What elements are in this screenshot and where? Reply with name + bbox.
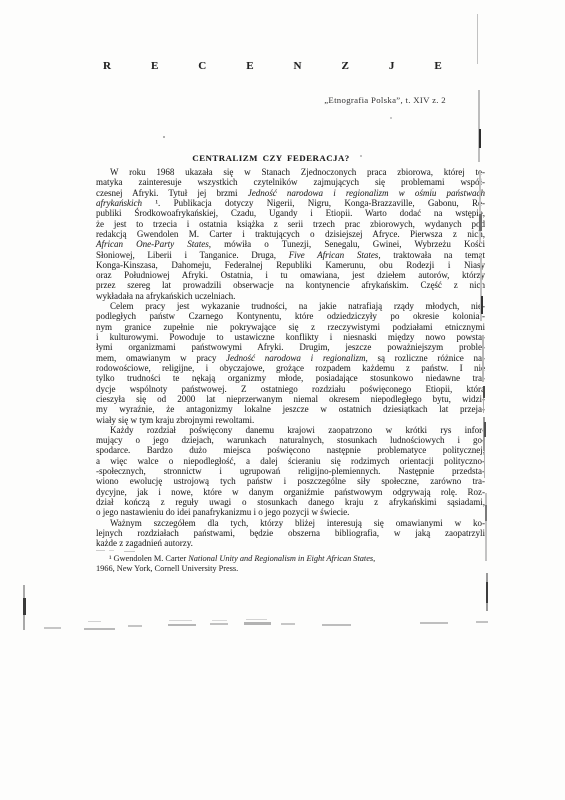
text-segment: Słoniowej, Liberii i Tanganice. Druga, — [96, 250, 289, 260]
text-line: oraz Południowej Afryki. Ostatnia, i tu … — [96, 270, 485, 280]
scan-artifact — [420, 622, 448, 624]
text-segment: , są rozliczne różnice na- — [365, 353, 485, 363]
text-segment: wykładała na afrykańskich uczelniach. — [96, 291, 235, 301]
text-line: W roku 1968 ukazała się w Stanach Zjedno… — [96, 167, 485, 177]
text-line: dycje wspólnoty państwowej. Z ostatniego… — [96, 384, 485, 394]
text-segment: matyka zainteresuje wszystkich czytelnik… — [96, 177, 485, 187]
italic-text: afrykańskich — [96, 198, 142, 208]
text-segment: Każdy rozdział poświęcony danemu krajowi… — [110, 425, 485, 435]
article-title: CENTRALIZM CZY FEDERACJA? — [96, 153, 446, 163]
text-segment: Celem pracy jest wykazanie trudności, na… — [110, 301, 485, 311]
text-segment: ¹. Publikacja dotyczy Nigerii, Nigru, Ko… — [142, 198, 485, 208]
text-segment: mujący o jego dziejach, warunkach natura… — [96, 435, 485, 445]
text-segment: wiono ewolucję ustrojową tych państw i p… — [96, 476, 485, 486]
text-segment: , mówiła o Tunezji, Senegalu, Gwinei, Wy… — [209, 239, 485, 249]
text-segment: 1966, New York, Cornell University Press… — [96, 564, 238, 573]
text-segment: spodarce. Bardzo dużo miejsca poświęcono… — [96, 445, 485, 455]
scan-artifact — [23, 598, 26, 615]
text-line: wiono ewolucję ustrojową tych państw i p… — [96, 476, 485, 486]
text-segment: przez szereg lat prowadzili obserwacje n… — [96, 280, 485, 290]
text-line: Ważnym szczegółem dla tych, którzy bliże… — [96, 518, 485, 528]
text-line: cieszyła się od 2000 lat nieprzerwanym n… — [96, 394, 485, 404]
text-line: publiki Środkowoafrykańskiej, Czadu, Uga… — [96, 208, 485, 218]
text-segment: dycje wspólnoty państwowej. Z ostatniego… — [96, 384, 485, 394]
scanned-page: RECENZJE „Etnografia Polska”, t. XIV z. … — [0, 0, 565, 800]
text-segment: cieszyła się od 2000 lat nieprzerwanym n… — [96, 394, 485, 404]
text-segment: nym granice zupełnie nie pokrywające się… — [96, 322, 485, 332]
scan-artifact — [23, 585, 25, 630]
text-segment: Ważnym szczegółem dla tych, którzy bliże… — [110, 518, 485, 528]
text-line: afrykańskich ¹. Publikacja dotyczy Niger… — [96, 198, 485, 208]
text-segment: a więc walce o niepodległość, a dalej śc… — [96, 456, 485, 466]
scan-artifact — [44, 627, 61, 629]
scan-artifact — [476, 621, 488, 623]
scan-artifact — [246, 619, 267, 620]
text-segment: W roku 1968 ukazała się w Stanach Zjedno… — [110, 167, 485, 177]
text-segment: Konga-Kinszasa, Dahomeju, Federalnej Rep… — [96, 260, 485, 270]
scan-artifact — [109, 550, 114, 551]
text-line: lejnych rozdziałach państwami, będzie ob… — [96, 528, 485, 538]
text-segment: o jego nastawieniu do idei panafrykanizm… — [96, 507, 349, 517]
scan-artifact — [210, 623, 228, 625]
scan-artifact — [212, 620, 227, 621]
text-line: o jego nastawieniu do idei panafrykanizm… — [96, 507, 485, 517]
italic-text: National Unity and Regionalism in Eight … — [188, 554, 373, 563]
scan-artifact — [479, 129, 481, 148]
scan-artifact — [84, 628, 115, 630]
text-line: przez szereg lat prowadzili obserwacje n… — [96, 280, 485, 290]
text-segment: tylko trudności te nękają organizmy młod… — [96, 373, 485, 383]
scan-artifact — [322, 624, 351, 626]
scan-artifact — [486, 573, 488, 611]
text-line: spodarce. Bardzo dużo miejsca poświęcono… — [96, 445, 485, 455]
italic-text: African One-Party States — [96, 239, 209, 249]
text-segment: podległych państw Czarnego Kontynentu, k… — [96, 311, 485, 321]
text-line: dział kończą z reguły uwagi o stosunkach… — [96, 497, 485, 507]
text-line: wiały się w tym kraju zbrojnymi rewoltam… — [96, 415, 485, 425]
text-line: dycyjne, jak i nowe, które w danym organ… — [96, 487, 485, 497]
text-segment: -społecznych, stronnictw i ugrupowań rel… — [96, 466, 485, 476]
text-segment: , — [373, 554, 375, 563]
text-segment: mem, omawianym w pracy — [96, 353, 226, 363]
text-line: Celem pracy jest wykazanie trudności, na… — [96, 301, 485, 311]
footnote: ¹ Gwendolen M. Carter National Unity and… — [96, 554, 485, 574]
text-segment: łymi organizmami państwowymi Afryki. Dru… — [96, 342, 485, 352]
text-segment: i kulturowymi. Powoduje to ustawiczne ko… — [96, 332, 485, 342]
text-line: czesnej Afryki. Tytuł jej brzmi Jedność … — [96, 188, 485, 198]
text-segment: dycyjne, jak i nowe, które w danym organ… — [96, 487, 485, 497]
text-line: matyka zainteresuje wszystkich czytelnik… — [96, 177, 485, 187]
text-segment: redakcją Gwendolen M. Carter i traktując… — [96, 229, 485, 239]
text-line: wykładała na afrykańskich uczelniach. — [96, 291, 485, 301]
text-line: każde z zagadnień autorzy. — [96, 538, 485, 548]
text-segment: , traktowała na temat — [378, 250, 485, 260]
italic-text: Five African States — [289, 250, 379, 260]
text-line: nym granice zupełnie nie pokrywające się… — [96, 322, 485, 332]
text-line: a więc walce o niepodległość, a dalej śc… — [96, 456, 485, 466]
scan-artifact — [485, 493, 487, 561]
text-line: podległych państw Czarnego Kontynentu, k… — [96, 311, 485, 321]
text-line: że jest to trzecia i ostatnia książka z … — [96, 219, 485, 229]
italic-text: Jedność narodowa i regionalizm — [226, 353, 365, 363]
text-segment: każde z zagadnień autorzy. — [96, 538, 193, 548]
text-line: ¹ Gwendolen M. Carter National Unity and… — [96, 554, 485, 564]
scan-artifact — [281, 623, 295, 625]
scan-artifact — [478, 90, 480, 162]
text-segment: oraz Południowej Afryki. Ostatnia, i tu … — [96, 270, 485, 280]
text-line: 1966, New York, Cornell University Press… — [96, 564, 485, 574]
text-segment: ¹ Gwendolen M. Carter — [109, 554, 188, 563]
scan-artifact — [486, 582, 488, 603]
text-segment: czesnej Afryki. Tytuł jej brzmi — [96, 188, 248, 198]
scan-artifact — [128, 625, 142, 627]
text-line: Słoniowej, Liberii i Tanganice. Druga, F… — [96, 250, 485, 260]
text-line: mem, omawianym w pracy Jedność narodowa … — [96, 353, 485, 363]
scan-artifact — [124, 551, 135, 552]
text-segment: rodowościowe, religijne, i obyczajowe, g… — [96, 363, 485, 373]
scan-artifact — [168, 624, 196, 626]
text-line: African One-Party States, mówiła o Tunez… — [96, 239, 485, 249]
text-segment: wiały się w tym kraju zbrojnymi rewoltam… — [96, 415, 254, 425]
journal-reference: „Etnografia Polska”, t. XIV z. 2 — [324, 95, 446, 105]
text-line: my wyraźnie, że antagonizmy lokalne jesz… — [96, 404, 485, 414]
text-line: Każdy rozdział poświęcony danemu krajowi… — [96, 425, 485, 435]
text-line: łymi organizmami państwowymi Afryki. Dru… — [96, 342, 485, 352]
text-line: tylko trudności te nękają organizmy młod… — [96, 373, 485, 383]
text-segment: lejnych rozdziałach państwami, będzie ob… — [96, 528, 485, 538]
section-header: RECENZJE — [103, 60, 482, 72]
scan-artifact — [485, 505, 487, 521]
text-segment: publiki Środkowoafrykańskiej, Czadu, Uga… — [96, 208, 485, 218]
scan-artifact — [244, 622, 271, 625]
italic-text: Jedność narodowa i regionalizm w ośmiu p… — [248, 188, 485, 198]
scan-artifact — [88, 621, 101, 622]
scan-artifact — [96, 550, 105, 551]
text-segment: że jest to trzecia i ostatnia książka z … — [96, 219, 485, 229]
text-segment: dział kończą z reguły uwagi o stosunkach… — [96, 497, 485, 507]
text-line: redakcją Gwendolen M. Carter i traktując… — [96, 229, 485, 239]
text-line: i kulturowymi. Powoduje to ustawiczne ko… — [96, 332, 485, 342]
text-line: -społecznych, stronnictw i ugrupowań rel… — [96, 466, 485, 476]
text-line: Konga-Kinszasa, Dahomeju, Federalnej Rep… — [96, 260, 485, 270]
text-segment: my wyraźnie, że antagonizmy lokalne jesz… — [96, 404, 485, 414]
scan-artifact — [163, 136, 165, 138]
text-line: rodowościowe, religijne, i obyczajowe, g… — [96, 363, 485, 373]
scan-artifact — [169, 620, 192, 621]
scan-artifact — [390, 117, 392, 119]
article-body: W roku 1968 ukazała się w Stanach Zjedno… — [96, 167, 485, 549]
scan-artifact — [477, 14, 478, 64]
text-line: mujący o jego dziejach, warunkach natura… — [96, 435, 485, 445]
